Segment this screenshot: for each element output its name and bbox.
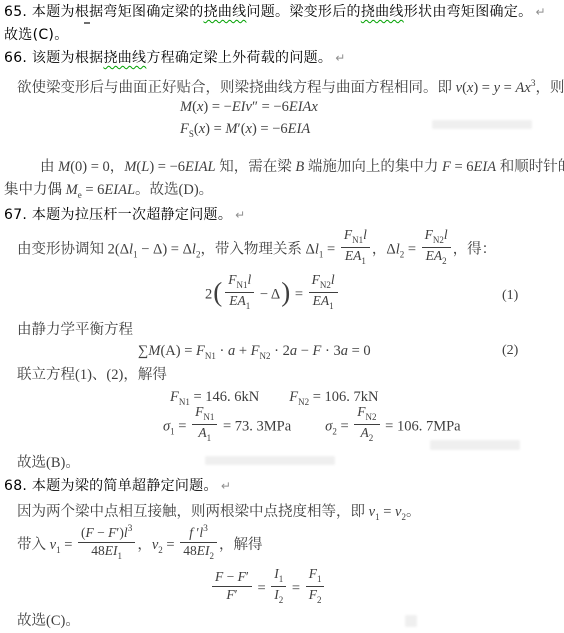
line-break-mark: ↵ [235,208,245,222]
scan-artifact [430,440,520,450]
scan-artifact [205,456,335,465]
answer-67: 故选(B)。 [17,453,80,473]
problem-66-text: 66. 该题为根据挠曲线方程确定梁上外荷载的问题。 [4,50,332,66]
answer-65: 故选(C)。 [4,26,69,45]
equation-2: ∑M(A) = FN1 · a + FN2 · 2a − F · 3a = 0 [138,341,371,366]
problem-67-text: 67. 本题为拉压杆一次超静定问题。 [4,207,232,223]
equation-moment: M(x) = −EIv″ = −6EIAx [180,97,318,117]
solution-67-solve-label: 联立方程(1)、(2)，解得 [17,365,167,385]
equation-number-2: (2) [502,343,518,359]
answer-68: 故选(C)。 [17,611,80,631]
solution-67-compatibility: 由变形协调知 2(Δl1 − Δ) = Δl2，带入物理关系 Δl1 = FN1… [17,231,496,270]
solution-66-para-line2: 集中力偶 Me = 6EIAL。故选(D)。 [4,180,213,205]
problem-66-heading: 66. 该题为根据挠曲线方程确定梁上外荷载的问题。↵ [4,49,346,68]
scan-artifact [84,22,90,24]
solution-66-intro: 欲使梁变形后与曲面正好贴合，则梁挠曲线方程与曲面方程相同。即 v(x) = y … [17,74,564,98]
line-break-mark: ↵ [221,479,231,493]
problem-67-heading: 67. 本题为拉压杆一次超静定问题。↵ [4,206,245,225]
line-break-mark: ↵ [535,5,545,19]
scan-artifact [405,615,417,627]
equation-ratio: F − F′F′ = I1I2 = F1F2 [210,570,326,609]
solution-67-statics-label: 由静力学平衡方程 [17,320,133,340]
solution-68-substitute: 带入 v1 = (F − F′)l348EI1，v2 = f ′l348EI2，… [17,527,262,565]
problem-65-text: 65. 本题为根据弯矩图确定梁的挠曲线问题。梁变形后的挠曲线形状由弯矩图确定。 [4,4,532,20]
equation-number-1: (1) [502,288,518,304]
line-break-mark: ↵ [335,51,345,65]
problem-65-heading: 65. 本题为根据弯矩图确定梁的挠曲线问题。梁变形后的挠曲线形状由弯矩图确定。↵ [4,3,546,22]
scan-artifact [432,120,532,129]
equation-stresses: σ1 = FN1A1 = 73. 3MPaσ2 = FN2A2 = 106. 7… [163,408,461,447]
problem-68-heading: 68. 本题为梁的简单超静定问题。↵ [4,477,231,496]
equation-1: 2(FN1lEA1 − Δ) = FN2lEA1 [205,276,340,315]
solution-66-para-line1: 由 M(0) = 0，M(L) = −6EIAL 知，需在梁 B 端施加向上的集… [40,157,564,177]
problem-68-text: 68. 本题为梁的简单超静定问题。 [4,478,218,494]
equation-shear: FS(x) = M′(x) = −6EIA [180,119,310,144]
document-page: 65. 本题为根据弯矩图确定梁的挠曲线问题。梁变形后的挠曲线形状由弯矩图确定。↵… [0,0,564,633]
